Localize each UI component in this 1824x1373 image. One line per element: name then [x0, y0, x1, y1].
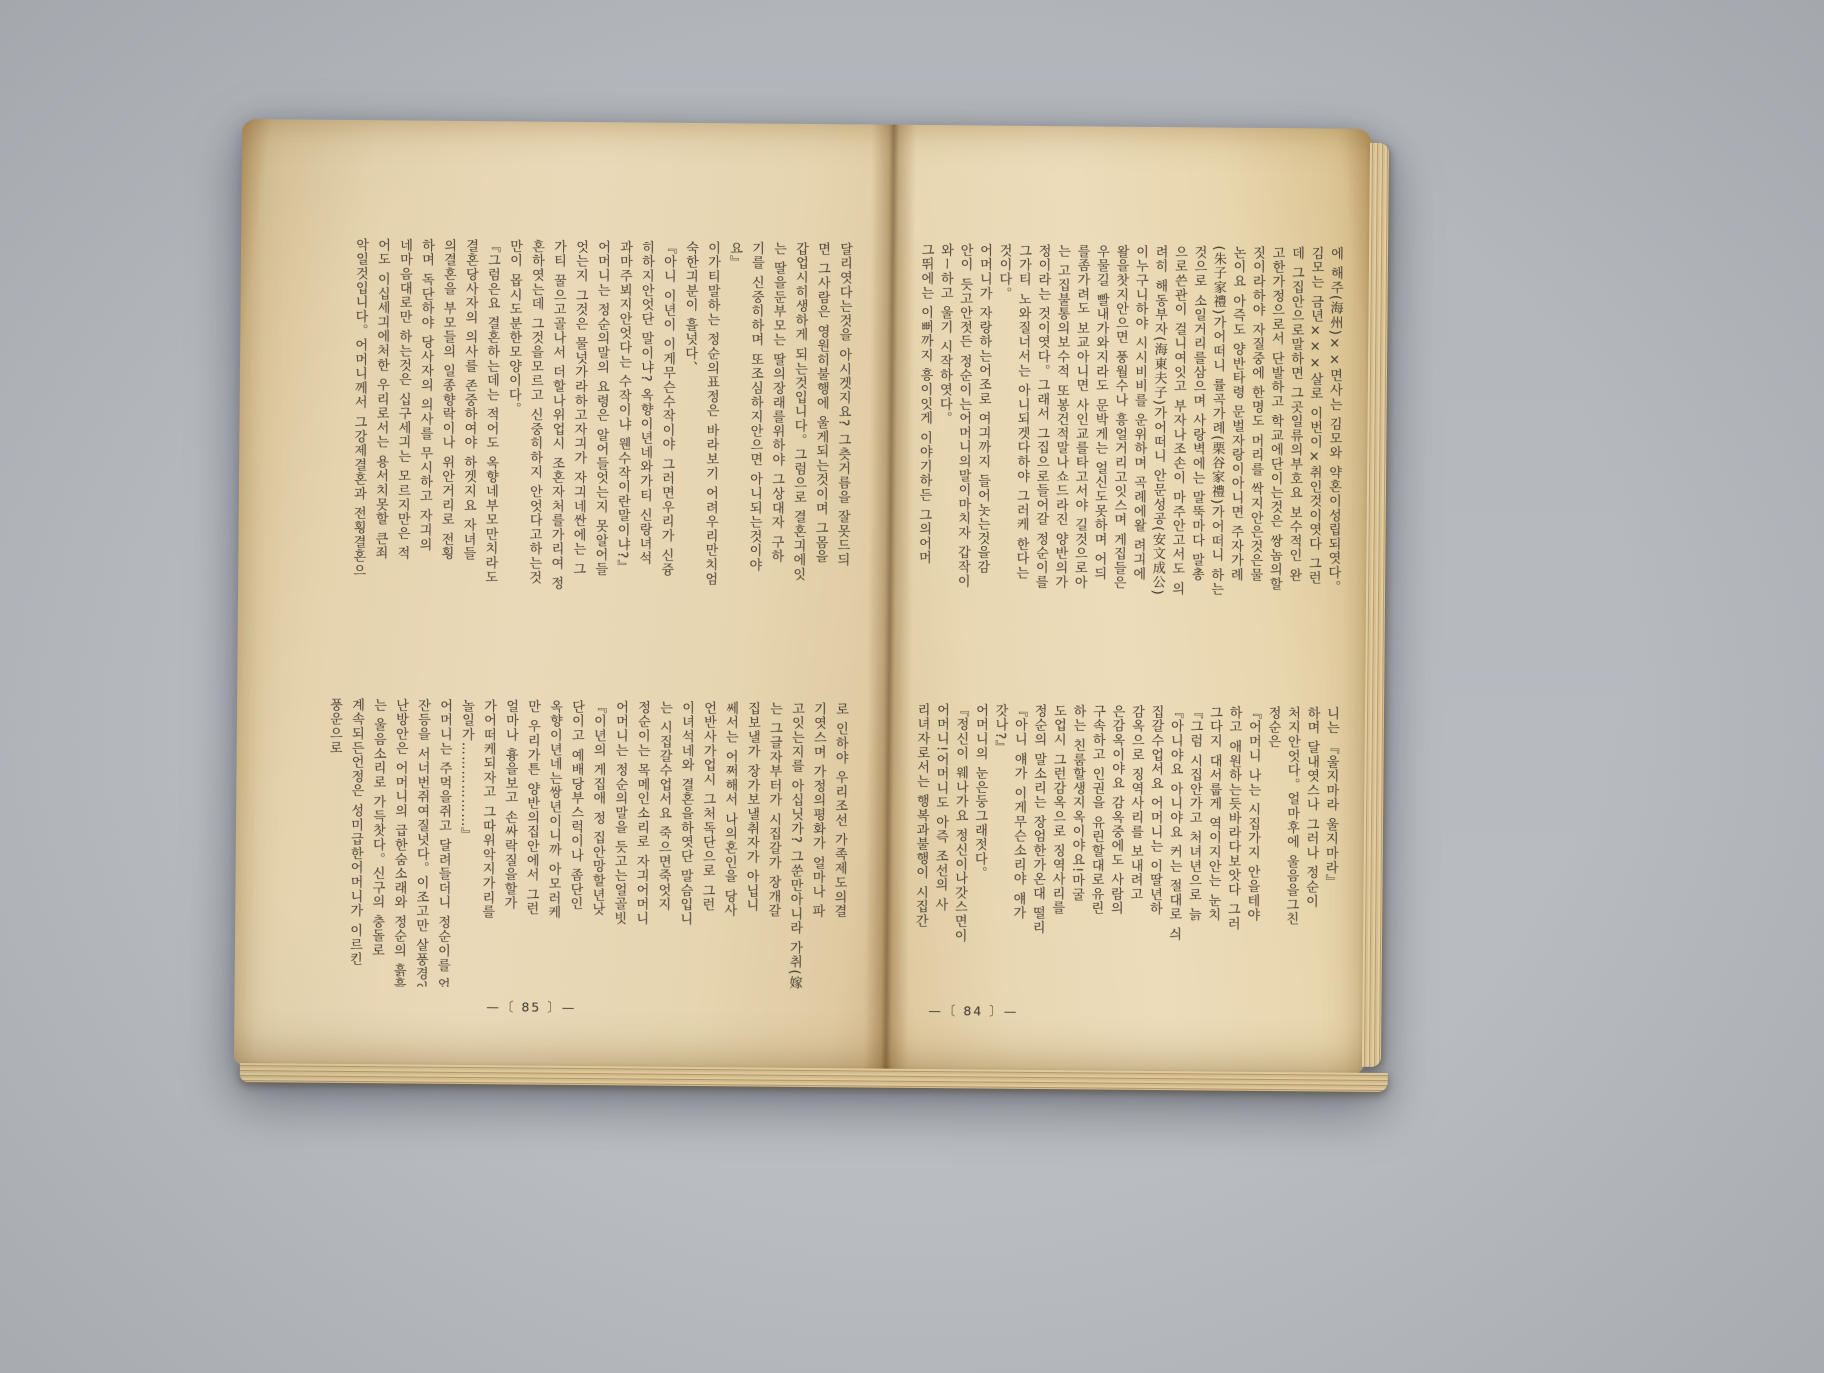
text-column: 풍운으로 [321, 698, 346, 986]
text-column: 집갈수업서요 어머니는 이딸년하 [1144, 705, 1166, 993]
text-column: 왈을찻지안으면 풍월수나 흥얼거리고잇스며 게집들은 [1107, 245, 1130, 683]
text-column: 에 해주(海州)××면사는 김모와 약혼이성립되엿다。 [1322, 246, 1345, 684]
text-column: 것으로 소일거리를삼으며 사랑벽에는 말뚝마다 말총 [1185, 245, 1208, 683]
text-column: 고잇는지를 아십닛가? 그쑨만아니라 가취(嫁娶)라 [783, 702, 808, 990]
text-column: 이녀석네와 결혼을하엿단 말슴입니 [673, 701, 698, 989]
text-column: 를좀가려도 보교아니면 사인교를타고서야 길것으로아 [1068, 244, 1091, 682]
text-column: 얼마나 흉을보고 손싸락질을할가 [497, 699, 522, 987]
text-column: 하며 달내엿스나 그러나 정순이 [1300, 706, 1322, 994]
text-column: 『그럼 시집안가고 처녀년으로 늙 [1183, 705, 1205, 993]
text-column: 어머니의 눈은둥그래젓다。 [968, 703, 990, 991]
text-column: 혼하엿는데 그것을모르고 신중히하지 안엇다고하는것 [521, 239, 547, 677]
text-column: 려히 해동부자(海東夫子)가어떠니 안문성공(安文成公) [1146, 245, 1169, 683]
left-page-top-text-block: 달리엿다는것을 아시겟지요? 그츳거름을 잘못드듸면 그사람은 영원히불행에 울… [315, 238, 855, 681]
text-column: 의결혼을 부모들의 일종향락이나 위안거리로 전횡 [433, 239, 459, 677]
right-page-bottom-text-block: 니는 『울지마라 울지마라』하며 달내엿스나 그러나 정순이처지안엇다。얼마후에… [903, 703, 1341, 995]
text-column: 정이라는 것이엿다。그래서 그집으로들어갈 정순이를 [1029, 244, 1052, 682]
text-column: 은감옥이야요 감옥중에도 사람의 [1105, 705, 1127, 993]
text-column: 엇는지 그것은 물넛가라하고자긔가 자긔네싼에는 그 [565, 240, 591, 678]
text-column: 놀일가………………』 [453, 699, 478, 987]
text-column: 하며 독단하야 당사자의 의사를 무시하고 자긔의 [411, 239, 437, 677]
text-column: 는 그글자부터가 시집갈가 장개갈 [761, 702, 786, 990]
text-column: 집보낼가 장가보낼취자가 아닙니 [739, 701, 764, 989]
text-column: 김모는 금년×××살로 이번이×취인것이엿다 그런 [1302, 246, 1325, 684]
right-page-top-text-block: 에 해주(海州)××면사는 김모와 약혼이성립되엿다。김모는 금년×××살로 이… [905, 243, 1345, 685]
text-column: 구속하고 인권을 유린할대로유린 [1085, 704, 1107, 992]
text-column: 그다지 대서룹게 역이지안는 눈치 [1202, 705, 1224, 993]
text-column: 달리엿다는것을 아시겟지요? 그츳거름을 잘못드듸 [829, 242, 855, 680]
text-column: 안이 듯고안젓든 정순이는어머니의말이마치자 갑작이 [951, 243, 974, 681]
page-number-85: —〔 85 〕— [486, 997, 576, 1016]
text-column: 로 인하야 우리조선 가족제도의결 [827, 702, 852, 990]
page-stack-fore-edge [1362, 143, 1389, 1067]
left-page: 달리엿다는것을 아시겟지요? 그츳거름을 잘못드듸면 그사람은 영원히불행에 울… [234, 119, 894, 1071]
text-column: 어머니가 자랑하는어조로 여긔까지 들어놋는것을감 [971, 243, 994, 681]
text-column: 으로쓴관이 걸니여잇고 부자나조손이 마주안고서도 의 [1166, 245, 1189, 683]
text-column: 니는 『울지마라 울지마라』 [1319, 706, 1341, 994]
text-column: 데 그집안으로말하면 그곳일류의부호요 보수적인 완 [1283, 246, 1306, 684]
text-column: 옥향이년네는쌍년이니까 아모러케 [541, 700, 566, 988]
text-column: 하고 애원하는듯바라다보앗다 그러 [1222, 706, 1244, 994]
text-column: 『정신이 웨나가요 정신이나갓스면이 [949, 703, 971, 991]
text-column: 는 딸을둔부모는 딸의장래를위하야 그상대자 구하 [763, 242, 789, 680]
text-column: 정순이는 목메인소리로 자긔어머니 [629, 700, 654, 988]
page-number-84: —〔 84 〕— [928, 1001, 1018, 1020]
text-column: 계속되든언정은 성미급한어머니가 이르킨 [343, 698, 368, 986]
text-column: 『아니야요 아니야요 커는 절대로 싀 [1163, 705, 1185, 993]
text-column: 이가티말하는 정순의표정은 바라보기 어려우리만치엄 [697, 241, 723, 679]
open-book: 달리엿다는것을 아시겟지요? 그츳거름을 잘못드듸면 그사람은 영원히불행에 울… [234, 119, 1390, 1077]
text-column: 논이요 아즉도 양반타령 문벌자랑이아니면 주자가례 [1224, 246, 1247, 684]
text-column: 단이고 예배당부스럭이나 좀단인 [563, 700, 588, 988]
text-column: 『아니 이년이 이게무슨수작이야 그러면우리가 신즁 [653, 241, 679, 679]
text-column: 만 우리가튼 양반의집안에서 그런 [519, 699, 544, 987]
text-column: 악일것입니다。어머니께서 그강제결혼과 전횡결혼으 [345, 238, 371, 676]
right-page: 에 해주(海州)××면사는 김모와 약혼이성립되엿다。김모는 금년×××살로 이… [886, 125, 1372, 1075]
text-column: 그가티 노와질너서는 아니되겟다하야 그러케 한다는 [1010, 244, 1033, 682]
text-column: 정순의 말소리는 장엄한가온대 떨리 [1027, 704, 1049, 992]
text-column: 갓나?』 [988, 704, 1010, 992]
text-column: 숙한긔분이 흘넛다、 [675, 241, 701, 679]
text-column: 어머니는 정순의말을 듯고는얼골빗 [607, 700, 632, 988]
text-column: 갑업시히생하게 되는것입니다。그럼으로 결혼긔에잇 [785, 242, 811, 680]
text-column: 쎄서는 어쩌해서 나의혼인을 당사 [717, 701, 742, 989]
text-column: 네마음대로만 하는것은 십구세긔는 모르지만은 적 [389, 238, 415, 676]
text-column: 언반사가업시 그처독단으로 그런 [695, 701, 720, 989]
text-column: 기엿스며 가정의평화가 얼마나 파 [805, 702, 830, 990]
photo-background: 달리엿다는것을 아시겟지요? 그츳거름을 잘못드듸면 그사람은 영원히불행에 울… [0, 0, 1824, 1373]
text-column: 과마주뵈지안엇다는 수작이냐 웬수작이란말이냐?』 [609, 240, 635, 678]
text-column: 요』 [719, 241, 745, 679]
text-column: 난방안은 어머니의 급한숨소래와 정순의 흙흙늣기 [387, 698, 412, 986]
text-column: 면 그사람은 영원히불행에 울게되는것이며 그몸을 [807, 242, 833, 680]
text-column: 『이년의 게집애 정 집안망할년낫 [585, 700, 610, 988]
text-column: 잔등을 서너번쥐여질넛다。이조고만 살풍경이 이러 [409, 699, 434, 987]
text-column: 히하지안엇단 말이냐? 옥향이년네와가티 신랑녀석 [631, 240, 657, 678]
text-column: 어머니는 정순의말의 요령은 알어들엇는지 못알어들 [587, 240, 613, 678]
left-page-bottom-text-block: 로 인하야 우리조선 가족제도의결기엿스며 가정의평화가 얼마나 파고잇는지를 … [313, 698, 851, 991]
text-column: 정순은 [1261, 706, 1283, 994]
text-column: 고한가정으로서 단발하고 학교에단이는것은 쌍놈의할 [1263, 246, 1286, 684]
text-column: 어머니!어머니도 아즉 조선의 사 [929, 703, 951, 991]
text-column: 감옥으로 징역사리를 보내려고 [1124, 705, 1146, 993]
text-column: 는 시집갈수업서요 죽으면죽엇지 [651, 701, 676, 989]
text-column: 짓이라하야 자질중에 한명도 머리를 싹지안은것은물 [1244, 246, 1267, 684]
text-column: 기를 신중히하며 또조심하지안으면 아니되는것이야 [741, 241, 767, 679]
text-column: 처지안엇다。얼마후에 울음을그친 [1280, 706, 1302, 994]
text-column: 가티 꿀으고골나서 더할나위업시 조혼자처를가리여 정 [543, 240, 569, 678]
text-column: (朱子家禮)가어떠니 률곡가례(栗谷家禮)가어떠니 하는 [1205, 245, 1228, 683]
text-column: 는 고집불통의보수적 또봉건적말나쇼드라진 양반의가 [1049, 244, 1072, 682]
text-column: 우물길 빨내가와지라도 문박게는 얼신도못하며 어듸 [1088, 244, 1111, 682]
text-column: 가어떠케되자고 그따위악지가리를 [475, 699, 500, 987]
text-column: 『그럼은요 결혼하는데는 적어도 옥향네부모만치라도 [477, 239, 503, 677]
text-column: 도업시 그런감옥으로 징역사리를 [1046, 704, 1068, 992]
text-column: 이누구니하야 시시비비를 운위하며 곡례에왈 려긔에 [1127, 245, 1150, 683]
text-column: 어도 이십세긔에처한 우리로서는 용서치못할 큰죄 [367, 238, 393, 676]
text-column: 것이다。 [990, 244, 1013, 682]
text-column: 『아니 얘가 이게무슨소리야 얘가 [1007, 704, 1029, 992]
text-column: 결혼당사자의 의사를 존중하여야 하겟지요 자녀들 [455, 239, 481, 677]
text-column: 그뛰에는 이뻐까지 흥이잇게 이야기하든 그의어머 [912, 243, 935, 681]
text-column: 어머니는 주먹을쥐고 달려들더니 정순이를 업허노코 [431, 699, 456, 987]
text-column: 리녀자로서는 행복과불행이 시집간 [910, 703, 932, 991]
text-column: 하는 친룸할생지옥이야요!마굴 [1066, 704, 1088, 992]
text-column: 만이 몹시도분한모양이다。 [499, 239, 525, 677]
text-column: 와ー하고 울기 시작하엿다。 [932, 243, 955, 681]
text-column: 는 울음소리로 가득찻다。신구의 충돌로 [365, 698, 390, 986]
text-column: 『어머니 나는 시집가지 안을테야 [1241, 706, 1263, 994]
